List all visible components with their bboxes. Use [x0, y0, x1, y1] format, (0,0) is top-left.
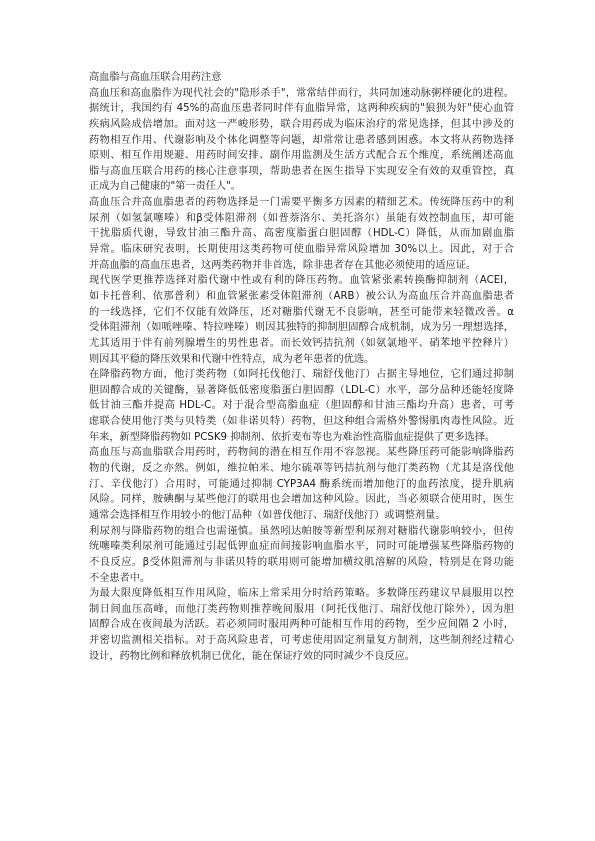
- paragraph-line: 受体阻滞剂（如哌唑嗪、特拉唑嗪）则因其独特的抑制胆固醇合成机制，成为另一理想选择…: [89, 320, 514, 336]
- paragraph-line: 并高血脂的高血压患者，这两类药物并非首选，除非患者存在其他必须使用的适应证。: [89, 258, 514, 274]
- paragraph-line: 通常会选择相互作用较小的他汀品种（如普伐他汀、瑞舒伐他汀）或调整剂量。: [89, 508, 514, 524]
- paragraph-line: 如卡托普利、依那普利）和血管紧张素受体阻滞剂（ARB）被公认为高血压合并高血脂患…: [89, 289, 514, 305]
- paragraph-line: 高血压与高血脂联合用药时，药物间的潜在相互作用不容忽视。某些降压药可能影响降脂药: [89, 445, 514, 461]
- paragraph-line: 虑联合使用他汀类与贝特类（如非诺贝特）药物，但这种组合需格外警惕肌肉毒性风险。近: [89, 414, 514, 430]
- paragraph-line: 据统计，我国约有 45%的高血压患者同时伴有血脂异常，这两种疾病的"狼狈为奸"使…: [89, 101, 514, 117]
- paragraph-line: 疾病风险成倍增加。面对这一严峻形势，联合用药成为临床治疗的常见选择，但其中涉及的: [89, 117, 514, 133]
- paragraph-line: 固醇合成在夜间最为活跃。若必须同时服用两种可能相互作用的药物，至少应间隔 2 小…: [89, 617, 514, 633]
- paragraph-line: 低甘油三酯并提高 HDL-C。对于混合型高脂血症（胆固醇和甘油三酯均升高）患者，…: [89, 398, 514, 414]
- paragraph-line: 不全患者中。: [89, 571, 514, 587]
- paragraph-line: 汀、辛伐他汀）合用时，可能通过抑制 CYP3A4 酶系统而增加他汀的血药浓度，提…: [89, 477, 514, 493]
- paragraph-line: 异常。临床研究表明，长期使用这类药物可使血脂异常风险增加 30%以上。因此，对于…: [89, 242, 514, 258]
- paragraph-line: 高血压和高血脂作为现代社会的"隐形杀手"，常常结伴而行，共同加速动脉粥样硬化的进…: [89, 86, 514, 102]
- paragraph-line: 在降脂药物方面，他汀类药物（如阿托伐他汀、瑞舒伐他汀）占据主导地位，它们通过抑制: [89, 367, 514, 383]
- paragraph-line: 并密切监测相关指标。对于高风险患者，可考虑使用固定剂量复方制剂，这些制剂经过精心: [89, 633, 514, 649]
- paragraph-line: 则因其平稳的降压效果和代谢中性特点，成为老年患者的优选。: [89, 352, 514, 368]
- paragraph-line: 风险。同样，胺碘酮与某些他汀的联用也会增加这种风险。因此，当必须联合使用时，医生: [89, 492, 514, 508]
- paragraph: 高血压合并高血脂患者的药物选择是一门需要平衡多方因素的精细艺术。传统降压药中的利…: [89, 195, 514, 273]
- paragraph-line: 年来，新型降脂药物如 PCSK9 抑制剂、依折麦布等也为难治性高脂血症提供了更多…: [89, 430, 514, 446]
- document-page: 高血脂与高血压联合用药注意 高血压和高血脂作为现代社会的"隐形杀手"，常常结伴而…: [89, 70, 514, 664]
- paragraph: 现代医学更推荐选择对脂代谢中性或有利的降压药物。血管紧张素转换酶抑制剂（ACEI…: [89, 273, 514, 367]
- paragraph-line: 现代医学更推荐选择对脂代谢中性或有利的降压药物。血管紧张素转换酶抑制剂（ACEI…: [89, 273, 514, 289]
- paragraph-line: 统噻嗪类利尿剂可能通过引起低钾血症而间接影响血脂水平，同时可能增强某些降脂药物的: [89, 539, 514, 555]
- paragraph: 利尿剂与降脂药物的组合也需谨慎。虽然吲达帕胺等新型利尿剂对糖脂代谢影响较小，但传…: [89, 524, 514, 587]
- document-body: 高血压和高血脂作为现代社会的"隐形杀手"，常常结伴而行，共同加速动脉粥样硬化的进…: [89, 86, 514, 665]
- paragraph: 高血压与高血脂联合用药时，药物间的潜在相互作用不容忽视。某些降压药可能影响降脂药…: [89, 445, 514, 523]
- paragraph: 在降脂药物方面，他汀类药物（如阿托伐他汀、瑞舒伐他汀）占据主导地位，它们通过抑制…: [89, 367, 514, 445]
- paragraph-line: 脂与高血压联合用药的核心注意事项，帮助患者在医生指导下实现安全有效的双重管控，真: [89, 164, 514, 180]
- paragraph-line: 不良反应。β受体阻滞剂与非诺贝特的联用则可能增加横纹肌溶解的风险，特别是在肾功能: [89, 555, 514, 571]
- paragraph-line: 正成为自己健康的"第一责任人"。: [89, 179, 514, 195]
- paragraph-line: 为最大限度降低相互作用风险，临床上常采用分时给药策略。多数降压药建议早晨服用以控: [89, 586, 514, 602]
- document-title: 高血脂与高血压联合用药注意: [89, 70, 514, 86]
- paragraph-line: 尤其适用于伴有前列腺增生的男性患者。而长效钙拮抗剂（如氨氯地平、硝苯地平控释片）: [89, 336, 514, 352]
- paragraph: 高血压和高血脂作为现代社会的"隐形杀手"，常常结伴而行，共同加速动脉粥样硬化的进…: [89, 86, 514, 195]
- paragraph-line: 制日间血压高峰，而他汀类药物则推荐晚间服用（阿托伐他汀、瑞舒伐他汀除外），因为胆: [89, 602, 514, 618]
- paragraph-line: 原则、相互作用规避、用药时间安排、副作用监测及生活方式配合五个维度，系统阐述高血: [89, 148, 514, 164]
- paragraph-line: 物的代谢，反之亦然。例如，维拉帕米、地尔硫䓬等钙拮抗剂与他汀类药物（尤其是洛伐他: [89, 461, 514, 477]
- paragraph-line: 的一线选择，它们不仅能有效降压，还对糖脂代谢无不良影响，甚至可能带来轻微改善。α: [89, 305, 514, 321]
- paragraph-line: 高血压合并高血脂患者的药物选择是一门需要平衡多方因素的精细艺术。传统降压药中的利: [89, 195, 514, 211]
- paragraph: 为最大限度降低相互作用风险，临床上常采用分时给药策略。多数降压药建议早晨服用以控…: [89, 586, 514, 664]
- paragraph-line: 胆固醇合成的关键酶，显著降低低密度脂蛋白胆固醇（LDL-C）水平，部分品种还能轻…: [89, 383, 514, 399]
- paragraph-line: 设计，药物比例和释放机制已优化，能在保证疗效的同时减少不良反应。: [89, 649, 514, 665]
- paragraph-line: 尿剂（如氢氯噻嗪）和β受体阻滞剂（如普萘洛尔、美托洛尔）虽能有效控制血压，却可能: [89, 211, 514, 227]
- paragraph-line: 药物相互作用、代谢影响及个体化调整等问题，却常常让患者感到困惑。本文将从药物选择: [89, 133, 514, 149]
- paragraph-line: 利尿剂与降脂药物的组合也需谨慎。虽然吲达帕胺等新型利尿剂对糖脂代谢影响较小，但传: [89, 524, 514, 540]
- paragraph-line: 干扰脂质代谢，导致甘油三酯升高、高密度脂蛋白胆固醇（HDL-C）降低，从而加剧血…: [89, 226, 514, 242]
